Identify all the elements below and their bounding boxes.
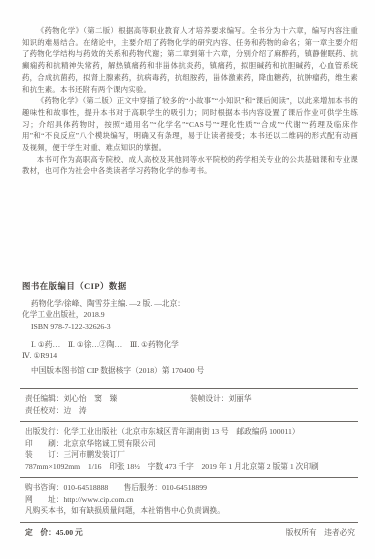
divider-rule-top <box>20 388 358 389</box>
cip-data-block: 图书在版编目（CIP）数据 药物化学/徐峰、陶雪芬主编. —2 版. —北京： … <box>22 281 358 376</box>
publisher-line: 出版发行：化学工业出版社（北京市东城区青年湖南街 13 号 邮政编码 10001… <box>25 426 359 438</box>
divider-rule-bottom <box>20 522 358 523</box>
responsible-proofreader: 责任校对：边 涛 <box>25 406 87 415</box>
cip-classification-line-2: Ⅳ. ①R914 <box>22 350 358 361</box>
copyright-notice: 版权所有 违者必究 <box>286 527 355 539</box>
cip-publisher-line: 化学工业出版社，2018.9 <box>22 309 358 320</box>
staff-row-1: 责任编辑：刘心怡 窦 臻 装帧设计：刘丽华 <box>25 393 357 405</box>
website-line: 网 址：http://www.cip.com.cn <box>25 494 359 506</box>
format-edition-line: 787mm×1092mm 1/16 印张 18½ 字数 473 千字 2019 … <box>25 461 359 473</box>
replacement-notice: 凡购买本书，如有缺损质量问题，本社销售中心负责调换。 <box>25 505 359 517</box>
contact-info: 购书咨询：010-64518888 售后服务：010-64518899 网 址：… <box>25 482 359 517</box>
cip-title-line: 药物化学/徐峰、陶雪芬主编. —2 版. —北京： <box>22 298 358 309</box>
cip-registry-number: 中国版本图书馆 CIP 数据核字（2018）第 170400 号 <box>22 365 358 376</box>
book-introduction: 《药物化学》（第二版）根据高等职业教育人才培养要求编写。全书分为十六章，编写内容… <box>22 25 358 177</box>
binder-line: 装 订：三河市鹏发装订厂 <box>25 449 359 461</box>
staff-credits: 责任编辑：刘心怡 窦 臻 装帧设计：刘丽华 责任校对：边 涛 <box>25 393 357 417</box>
intro-paragraph-overview: 《药物化学》（第二版）根据高等职业教育人才培养要求编写。全书分为十六章，编写内容… <box>22 25 358 95</box>
purchase-hotline: 购书咨询：010-64518888 售后服务：010-64518899 <box>25 482 359 494</box>
intro-paragraph-audience: 本书可作为高职高专院校、成人高校及其他同等水平院校的药学相关专业的公共基础课和专… <box>22 154 358 177</box>
cip-isbn: ISBN 978-7-122-32626-3 <box>22 321 358 332</box>
intro-paragraph-features: 《药物化学》（第二版）正文中穿插了较多的“小故事”“小知识”和“课后阅读”，以此… <box>22 95 358 154</box>
printer-line: 印 刷：北京京华铭诚工贸有限公司 <box>25 438 359 450</box>
responsible-editor: 责任编辑：刘心怡 窦 臻 <box>25 394 117 403</box>
staff-row-2: 责任校对：边 涛 <box>25 405 357 417</box>
divider-rule-publishing <box>20 477 358 478</box>
price-label: 定 价：45.00 元 <box>25 527 83 539</box>
price-rights-row: 定 价：45.00 元 版权所有 违者必究 <box>25 527 355 539</box>
divider-rule-staff <box>20 421 358 422</box>
copyright-page: 《药物化学》（第二版）根据高等职业教育人才培养要求编写。全书分为十六章，编写内容… <box>0 0 375 559</box>
publishing-info: 出版发行：化学工业出版社（北京市东城区青年湖南街 13 号 邮政编码 10001… <box>25 426 359 472</box>
cip-classification-line-1: Ⅰ. ①药… Ⅱ. ①徐…②陶… Ⅲ. ①药物化学 <box>22 339 358 350</box>
binding-designer: 装帧设计：刘丽华 <box>190 393 252 405</box>
cip-heading: 图书在版编目（CIP）数据 <box>22 281 358 292</box>
